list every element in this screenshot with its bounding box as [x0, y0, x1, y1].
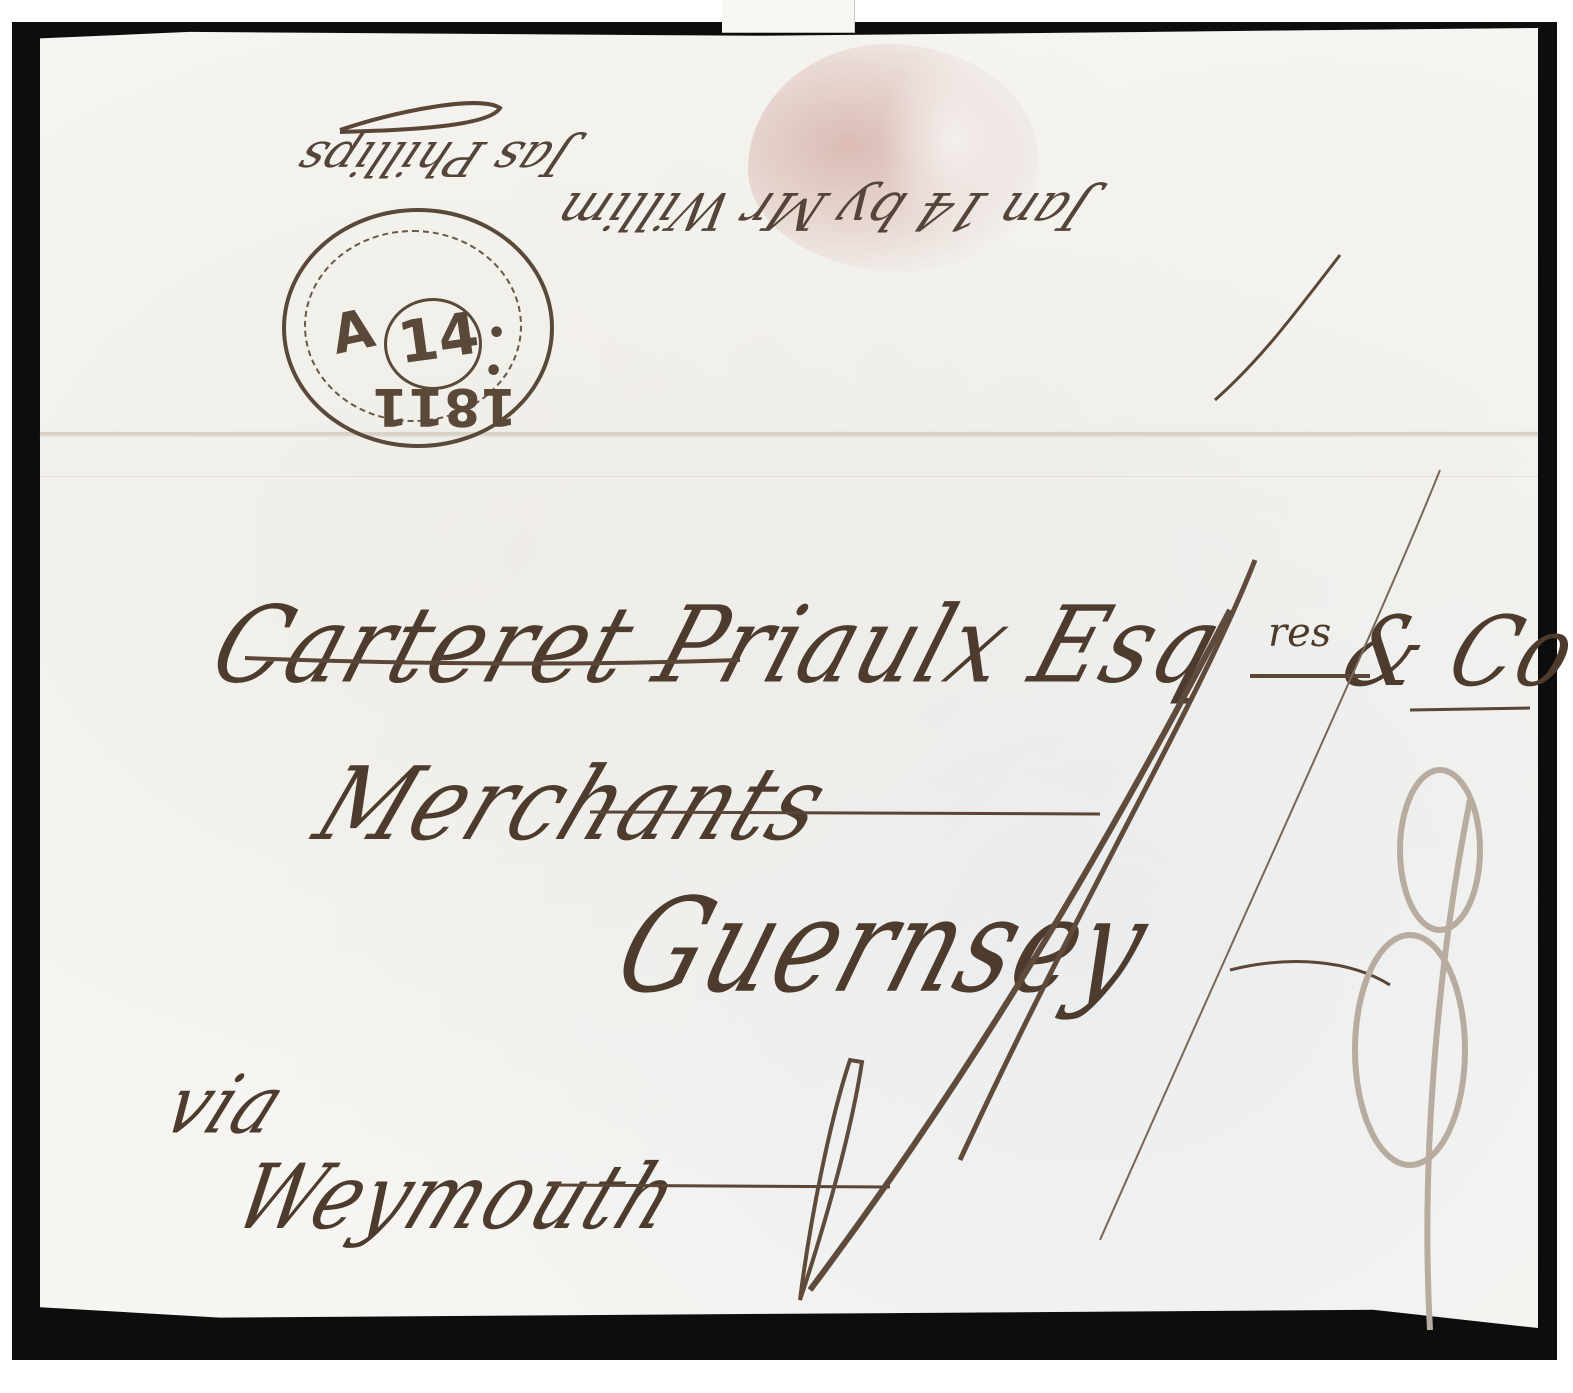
name-underline — [245, 658, 740, 664]
pen-strokes — [0, 0, 1573, 1393]
co-underline — [1410, 708, 1530, 710]
docket-stroke — [1215, 255, 1340, 400]
merchants-underline — [590, 812, 1100, 814]
rate-mark-hairline — [1100, 470, 1440, 1240]
pencil-rate-loop — [1400, 770, 1480, 930]
pencil-rate-loop — [1355, 935, 1465, 1165]
weymouth-underline — [550, 1185, 890, 1187]
docket-flourish — [340, 103, 500, 132]
